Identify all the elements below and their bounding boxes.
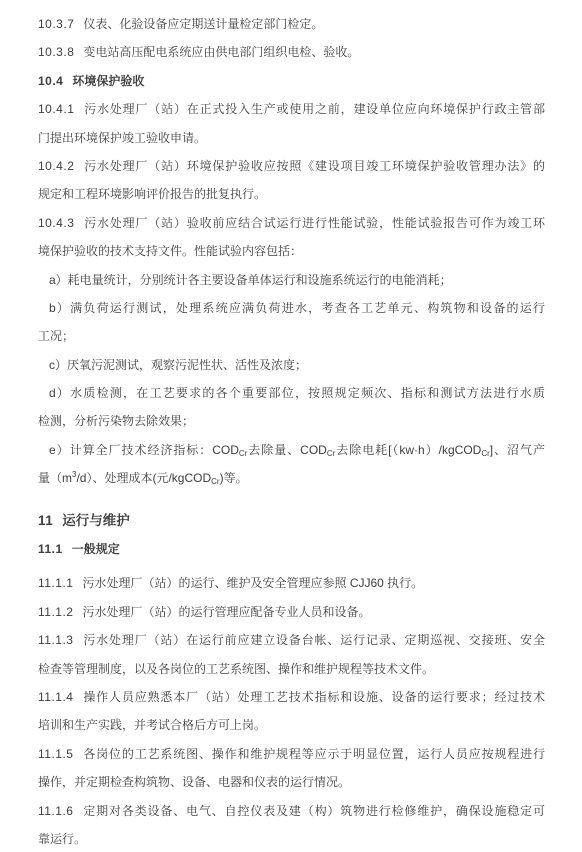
list-item-text: )等。 [220, 471, 248, 485]
clause-11-1-5-line-2: 操作，并定期检查构筑物、设备、电器和仪表的运行情况。 [38, 768, 545, 796]
clause-11-1-2-line-1: 11.1.2污水处理厂（站）的运行管理应配备专业人员和设备。 [38, 598, 545, 626]
clause-number: 10.4.2 [38, 159, 74, 173]
clause-number: 10.4.3 [38, 216, 74, 230]
list-item-b-line-2: 工况； [38, 322, 545, 350]
clause-11-1-3-line-1: 11.1.3污水处理厂（站）在运行前应建立设备台帐、运行记录、定期巡视、交接班、… [38, 626, 545, 654]
clause-text: 污水处理厂（站）在运行前应建立设备台帐、运行记录、定期巡视、交接班、安全 [82, 633, 545, 647]
heading-10-4-line: 10.4环境保护验收 [38, 67, 545, 95]
clause-11-1-5-line-1: 11.1.5各岗位的工艺系统图、操作和维护规程等应示于明显位置，运行人员应按规程… [38, 740, 545, 768]
heading-title: 一般规定 [72, 542, 120, 556]
heading-11-line: 11运行与维护 [38, 507, 545, 535]
list-item-text: 工况； [38, 329, 74, 343]
clause-text: 污水处理厂（站）验收前应结合试运行进行性能试验，性能试验报告可作为竣工环 [83, 216, 545, 230]
heading-11: 11运行与维护 [38, 507, 545, 535]
clause-text: 靠运行。 [38, 832, 86, 846]
heading-11-1: 11.1一般规定 [38, 535, 545, 563]
clause-11-1-6: 11.1.6定期对各类设备、电气、自控仪表及建（构）筑物进行检修维护，确保设施稳… [38, 797, 545, 852]
list-item-text: ]、沼气产 [490, 443, 545, 457]
clause-10-4-2-line-1: 10.4.2污水处理厂（站）环境保护验收应按照《建设项目竣工环境保护验收管理办法… [38, 152, 545, 180]
clause-text: 定期对各类设备、电气、自控仪表及建（构）筑物进行检修维护，确保设施稳定可 [82, 804, 545, 818]
heading-number: 11 [38, 513, 53, 528]
list-item-e: e）计算全厂技术经济指标：CODCr去除量、CODCr去除电耗[（kw·h）/k… [38, 436, 545, 493]
clause-number: 10.4.1 [38, 102, 74, 116]
list-item-d-line-1: d）水质检测，在工艺要求的各个重要部位，按照规定频次、指标和测试方法进行水质 [38, 379, 545, 407]
clause-text: 操作，并定期检查构筑物、设备、电器和仪表的运行情况。 [38, 775, 350, 789]
list-item-b-line-1: b）满负荷运行测试，处理系统应满负荷进水，考查各工艺单元、构筑物和设备的运行 [38, 294, 545, 322]
list-item-text: 去除电耗[（kw·h）/kgCOD [335, 443, 481, 457]
list-item-text: d）水质检测，在工艺要求的各个重要部位，按照规定频次、指标和测试方法进行水质 [49, 386, 545, 400]
clause-number: 11.1.1 [38, 576, 73, 590]
clause-10-3-7-line-1: 10.3.7仪表、化验设备应定期送计量检定部门检定。 [38, 10, 545, 38]
clause-11-1-3-line-2: 检查等管理制度，以及各岗位的工艺系统图、操作和维护规程等技术文件。 [38, 655, 545, 683]
clause-text: 各岗位的工艺系统图、操作和维护规程等应示于明显位置，运行人员应按规程进行 [82, 747, 545, 761]
clause-10-3-7: 10.3.7仪表、化验设备应定期送计量检定部门检定。 [38, 10, 545, 38]
clause-11-1-4-line-1: 11.1.4操作人员应熟悉本厂（站）处理工艺技术指标和设施、设备的运行要求；经过… [38, 683, 545, 711]
clause-number: 11.1.6 [38, 804, 73, 818]
clause-10-4-1-line-1: 10.4.1污水处理厂（站）在正式投入生产或使用之前，建设单位应向环境保护行政主… [38, 95, 545, 123]
clause-text: 污水处理厂（站）环境保护验收应按照《建设项目竣工环境保护验收管理办法》的 [83, 159, 545, 173]
clause-10-3-8: 10.3.8变电站高压配电系统应由供电部门组织电检、验收。 [38, 38, 545, 66]
list-item-text: e）计算全厂技术经济指标：COD [49, 443, 239, 457]
list-item-text: /d）、处理成本(元/kgCOD [76, 471, 211, 485]
heading-10-4: 10.4环境保护验收 [38, 67, 545, 95]
clause-text: 变电站高压配电系统应由供电部门组织电检、验收。 [83, 45, 359, 59]
list-item-text: 去除量、COD [247, 443, 327, 457]
list-item-b: b）满负荷运行测试，处理系统应满负荷进水，考查各工艺单元、构筑物和设备的运行 工… [38, 294, 545, 351]
clause-text: 门提出环境保护竣工验收申请。 [38, 131, 206, 145]
clause-number: 10.3.7 [38, 17, 74, 31]
cod-subscript: Cr [211, 477, 219, 486]
list-item-a: a）耗电量统计，分别统计各主要设备单体运行和设施系统运行的电能消耗； [38, 266, 545, 294]
clause-10-4-2-line-2: 规定和工程环境影响评价报告的批复执行。 [38, 180, 545, 208]
clause-11-1-2: 11.1.2污水处理厂（站）的运行管理应配备专业人员和设备。 [38, 598, 545, 626]
clause-number: 11.1.5 [38, 747, 73, 761]
clause-10-3-8-line-1: 10.3.8变电站高压配电系统应由供电部门组织电检、验收。 [38, 38, 545, 66]
clause-11-1-6-line-2: 靠运行。 [38, 825, 545, 852]
list-item-c-line-1: c）厌氧污泥测试，观察污泥性状、活性及浓度； [38, 351, 545, 379]
clause-number: 11.1.3 [38, 633, 73, 647]
clause-11-1-4: 11.1.4操作人员应熟悉本厂（站）处理工艺技术指标和设施、设备的运行要求；经过… [38, 683, 545, 740]
list-item-text: b）满负荷运行测试，处理系统应满负荷进水，考查各工艺单元、构筑物和设备的运行 [49, 301, 545, 315]
clause-text: 污水处理厂（站）的运行管理应配备专业人员和设备。 [82, 605, 370, 619]
cod-subscript: Cr [481, 449, 489, 458]
clause-number: 11.1.2 [38, 605, 73, 619]
heading-11-1-line: 11.1一般规定 [38, 535, 545, 563]
clause-11-1-1: 11.1.1污水处理厂（站）的运行、维护及安全管理应参照 CJJ60 执行。 [38, 569, 545, 597]
clause-10-4-3-line-2: 境保护验收的技术支持文件。性能试验内容包括： [38, 237, 545, 265]
document-page: 10.3.7仪表、化验设备应定期送计量检定部门检定。 10.3.8变电站高压配电… [0, 0, 582, 852]
heading-number: 11.1 [38, 542, 63, 556]
heading-number: 10.4 [38, 74, 63, 88]
clause-10-4-1-line-2: 门提出环境保护竣工验收申请。 [38, 124, 545, 152]
clause-11-1-1-line-1: 11.1.1污水处理厂（站）的运行、维护及安全管理应参照 CJJ60 执行。 [38, 569, 545, 597]
clause-text: 培训和生产实践，并考试合格后方可上岗。 [38, 718, 266, 732]
clause-text: 仪表、化验设备应定期送计量检定部门检定。 [83, 17, 323, 31]
clause-11-1-5: 11.1.5各岗位的工艺系统图、操作和维护规程等应示于明显位置，运行人员应按规程… [38, 740, 545, 797]
list-item-e-line-1: e）计算全厂技术经济指标：CODCr去除量、CODCr去除电耗[（kw·h）/k… [38, 436, 545, 464]
heading-title: 运行与维护 [62, 513, 130, 528]
list-item-text: c）厌氧污泥测试，观察污泥性状、活性及浓度； [49, 358, 307, 372]
clause-text: 污水处理厂（站）在正式投入生产或使用之前，建设单位应向环境保护行政主管部 [83, 102, 545, 116]
clause-number: 10.3.8 [38, 45, 74, 59]
list-item-d: d）水质检测，在工艺要求的各个重要部位，按照规定频次、指标和测试方法进行水质 检… [38, 379, 545, 436]
list-item-c: c）厌氧污泥测试，观察污泥性状、活性及浓度； [38, 351, 545, 379]
clause-text: 境保护验收的技术支持文件。性能试验内容包括： [38, 244, 302, 258]
clause-11-1-3: 11.1.3污水处理厂（站）在运行前应建立设备台帐、运行记录、定期巡视、交接班、… [38, 626, 545, 683]
list-item-text: 检测，分析污染物去除效果； [38, 414, 194, 428]
list-item-d-line-2: 检测，分析污染物去除效果； [38, 407, 545, 435]
clause-number: 11.1.4 [38, 690, 73, 704]
list-item-a-line-1: a）耗电量统计，分别统计各主要设备单体运行和设施系统运行的电能消耗； [38, 266, 545, 294]
clause-10-4-1: 10.4.1污水处理厂（站）在正式投入生产或使用之前，建设单位应向环境保护行政主… [38, 95, 545, 152]
clause-11-1-6-line-1: 11.1.6定期对各类设备、电气、自控仪表及建（构）筑物进行检修维护，确保设施稳… [38, 797, 545, 825]
clause-11-1-4-line-2: 培训和生产实践，并考试合格后方可上岗。 [38, 711, 545, 739]
list-item-text: 量（m [38, 471, 72, 485]
clause-10-4-3-line-1: 10.4.3污水处理厂（站）验收前应结合试运行进行性能试验，性能试验报告可作为竣… [38, 209, 545, 237]
clause-text: 规定和工程环境影响评价报告的批复执行。 [38, 187, 266, 201]
list-item-e-line-2: 量（m3/d）、处理成本(元/kgCODCr)等。 [38, 464, 545, 492]
clause-10-4-3: 10.4.3污水处理厂（站）验收前应结合试运行进行性能试验，性能试验报告可作为竣… [38, 209, 545, 266]
clause-text: 检查等管理制度，以及各岗位的工艺系统图、操作和维护规程等技术文件。 [38, 662, 434, 676]
clause-text: 污水处理厂（站）的运行、维护及安全管理应参照 CJJ60 执行。 [82, 576, 423, 590]
clause-10-4-2: 10.4.2污水处理厂（站）环境保护验收应按照《建设项目竣工环境保护验收管理办法… [38, 152, 545, 209]
list-item-text: a）耗电量统计，分别统计各主要设备单体运行和设施系统运行的电能消耗； [49, 273, 452, 287]
heading-title: 环境保护验收 [72, 74, 144, 88]
clause-text: 操作人员应熟悉本厂（站）处理工艺技术指标和设施、设备的运行要求；经过技术 [82, 690, 545, 704]
